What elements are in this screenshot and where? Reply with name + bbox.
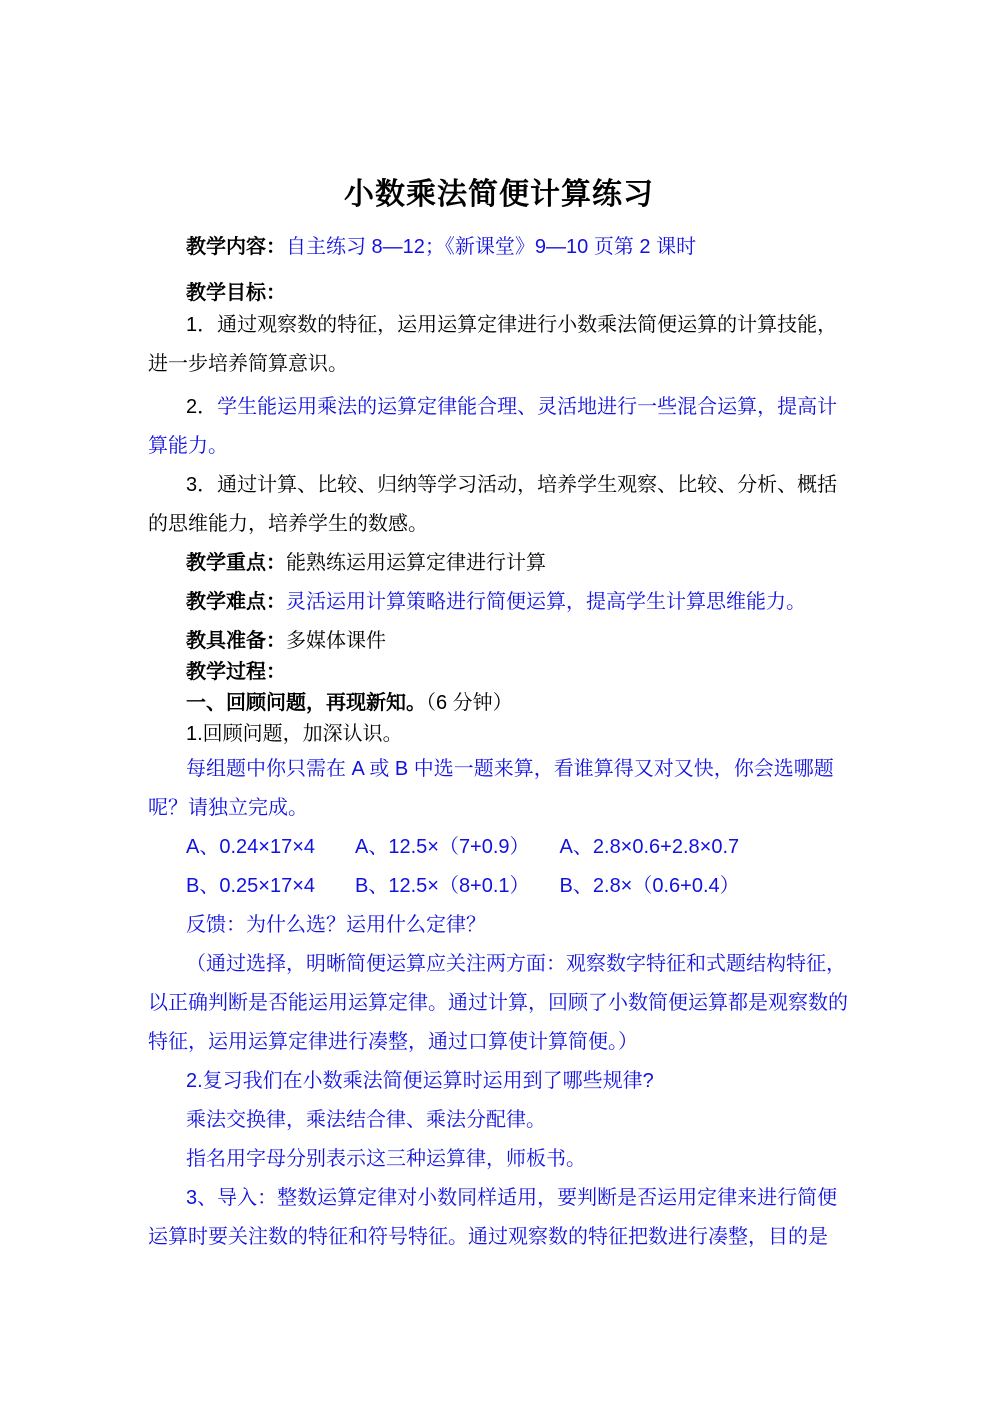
section-1-time: （6 分钟）	[426, 692, 513, 714]
para-feedback: 反馈：为什么选？运用什么定律？	[148, 906, 850, 945]
section-1-title: 一、回顾问题，再现新知。	[186, 692, 426, 714]
document-title: 小数乘法简便计算练习	[148, 174, 850, 216]
option-row-b-text: B、0.25×17×4 B、12.5×（8+0.1） B、2.8×（0.6+0.…	[186, 875, 740, 897]
key-point-value: 能熟练运用运算定律进行计算	[286, 552, 546, 574]
goal-1-text: 1．通过观察数的特征，运用运算定律进行小数乘法简便运算的计算技能，进一步培养简算…	[148, 314, 837, 375]
para-goal-1: 1．通过观察数的特征，运用运算定律进行小数乘法简便运算的计算技能，进一步培养简算…	[148, 306, 850, 384]
step-2-text: 2.复习我们在小数乘法简便运算时运用到了哪些规律?	[186, 1070, 654, 1092]
teaching-content-value: 自主练习 8—12；《新课堂》9—10 页第 2 课时	[286, 236, 696, 258]
board-note-text: 指名用字母分别表示这三种运算律，师板书。	[186, 1148, 586, 1170]
goal-2-number: 2．	[186, 396, 217, 418]
teaching-aids-label: 教具准备：	[186, 630, 286, 652]
goal-3-text: 3．通过计算、比较、归纳等学习活动，培养学生观察、比较、分析、概括的思维能力，培…	[148, 474, 837, 535]
option-row-a-text: A、0.24×17×4 A、12.5×（7+0.9） A、2.8×0.6+2.8…	[186, 836, 739, 858]
para-board-note: 指名用字母分别表示这三种运算律，师板书。	[148, 1140, 850, 1179]
laws-text: 乘法交换律，乘法结合律、乘法分配律。	[186, 1109, 546, 1131]
task-intro-text: 每组题中你只需在 A 或 B 中选一题来算，看谁算得又对又快，你会选哪题呢？请独…	[148, 758, 834, 819]
para-section-1: 一、回顾问题，再现新知。（6 分钟）	[148, 688, 850, 719]
difficulty-label: 教学难点：	[186, 591, 286, 613]
step-1-text: 1.回顾问题，加深认识。	[186, 723, 403, 745]
difficulty-value: 灵活运用计算策略进行简便运算，提高学生计算思维能力。	[286, 591, 806, 613]
para-option-row-b: B、0.25×17×4 B、12.5×（8+0.1） B、2.8×（0.6+0.…	[148, 867, 850, 906]
key-point-label: 教学重点：	[186, 552, 286, 574]
document-page: 小数乘法简便计算练习 教学内容：自主练习 8—12；《新课堂》9—10 页第 2…	[148, 0, 850, 1257]
para-option-row-a: A、0.24×17×4 A、12.5×（7+0.9） A、2.8×0.6+2.8…	[148, 828, 850, 867]
para-goal-3: 3．通过计算、比较、归纳等学习活动，培养学生观察、比较、分析、概括的思维能力，培…	[148, 466, 850, 544]
teaching-content-label: 教学内容：	[186, 236, 286, 258]
para-step-1: 1.回顾问题，加深认识。	[148, 719, 850, 750]
teaching-aids-value: 多媒体课件	[286, 630, 386, 652]
goal-2-text: 学生能运用乘法的运算定律能合理、灵活地进行一些混合运算，提高计算能力。	[148, 396, 837, 457]
para-goal-2: 2．学生能运用乘法的运算定律能合理、灵活地进行一些混合运算，提高计算能力。	[148, 388, 850, 466]
process-label: 教学过程：	[186, 661, 286, 683]
para-laws: 乘法交换律，乘法结合律、乘法分配律。	[148, 1101, 850, 1140]
para-teaching-aids: 教具准备：多媒体课件	[148, 622, 850, 661]
para-reflection-note: （通过选择，明晰简便运算应关注两方面：观察数字特征和式题结构特征，以正确判断是否…	[148, 945, 850, 1062]
para-process-heading: 教学过程：	[148, 657, 850, 688]
goals-label: 教学目标：	[186, 282, 286, 304]
para-step-3: 3、导入：整数运算定律对小数同样适用，要判断是否运用定律来进行简便运算时要关注数…	[148, 1179, 850, 1257]
para-task-intro: 每组题中你只需在 A 或 B 中选一题来算，看谁算得又对又快，你会选哪题呢？请独…	[148, 750, 850, 828]
feedback-text: 反馈：为什么选？运用什么定律？	[186, 914, 486, 936]
para-difficulty: 教学难点：灵活运用计算策略进行简便运算，提高学生计算思维能力。	[148, 583, 850, 622]
reflection-note-text: （通过选择，明晰简便运算应关注两方面：观察数字特征和式题结构特征，以正确判断是否…	[148, 953, 848, 1053]
para-teaching-content: 教学内容：自主练习 8—12；《新课堂》9—10 页第 2 课时	[148, 228, 850, 267]
para-step-2: 2.复习我们在小数乘法简便运算时运用到了哪些规律?	[148, 1062, 850, 1101]
para-key-point: 教学重点：能熟练运用运算定律进行计算	[148, 544, 850, 583]
step-3-text: 3、导入：整数运算定律对小数同样适用，要判断是否运用定律来进行简便运算时要关注数…	[148, 1187, 837, 1248]
